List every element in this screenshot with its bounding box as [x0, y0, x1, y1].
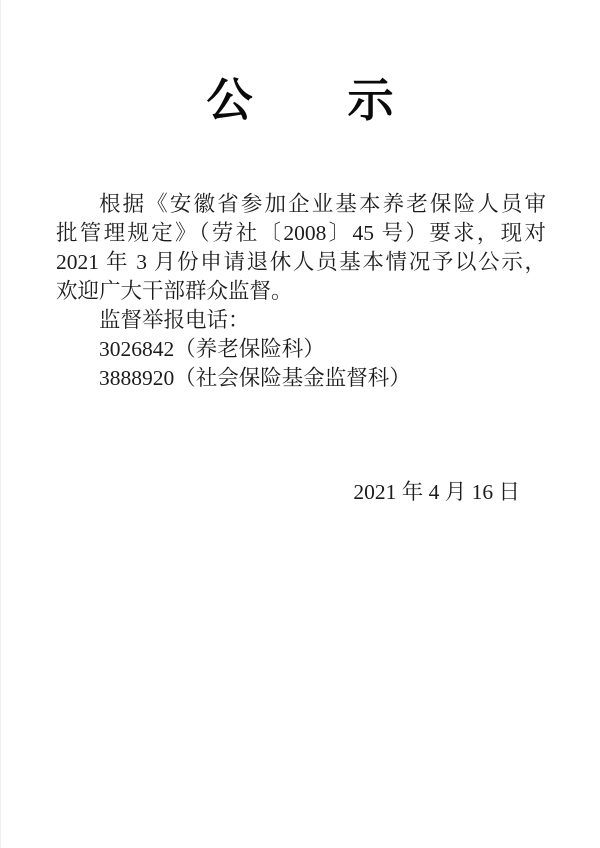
hotline-label: 监督举报电话： [56, 306, 546, 335]
phone-line-pension: 3026842（养老保险科） [56, 335, 546, 364]
notice-document: 公 示 根据《安徽省参加企业基本养老保险人员审 批管理规定》（劳社〔2008〕4… [0, 0, 600, 848]
paragraph-line-3: 2021 年 3 月份申请退休人员基本情况予以公示， [56, 248, 546, 277]
paragraph-line-2: 批管理规定》（劳社〔2008〕45 号）要求，现对 [56, 219, 546, 248]
notice-body: 根据《安徽省参加企业基本养老保险人员审 批管理规定》（劳社〔2008〕45 号）… [56, 190, 546, 393]
paragraph-line-4: 欢迎广大干部群众监督。 [56, 277, 546, 306]
notice-date: 2021 年 4 月 16 日 [1, 478, 600, 507]
notice-title: 公 示 [1, 0, 600, 124]
paragraph-line-1: 根据《安徽省参加企业基本养老保险人员审 [56, 190, 546, 219]
phone-line-fund-supervision: 3888920（社会保险基金监督科） [56, 364, 546, 393]
